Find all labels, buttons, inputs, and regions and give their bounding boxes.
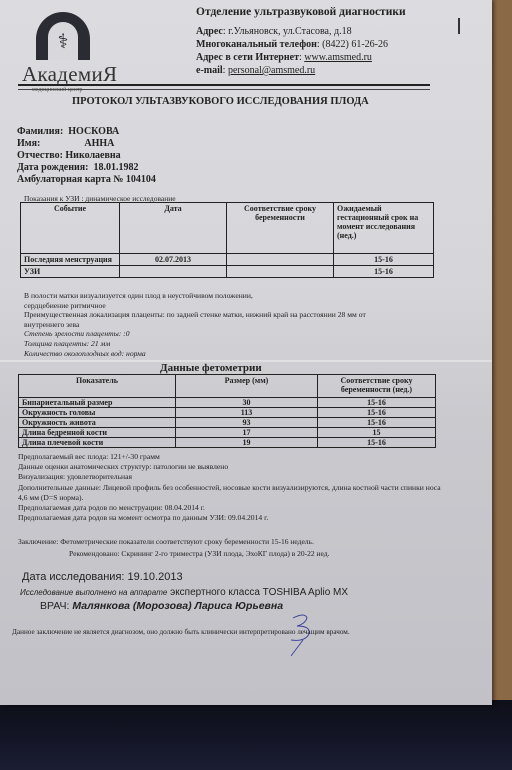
logo-subtitle: медицинский центр bbox=[32, 87, 83, 93]
email-line: e-mail: personal@amsmed.ru bbox=[196, 64, 406, 77]
doctor: ВРАЧ: Малянкова (Морозова) Лариса Юрьевн… bbox=[40, 600, 283, 612]
department-title: Отделение ультразвуковой диагностики bbox=[196, 6, 406, 19]
clinic-header: Отделение ультразвуковой диагностики Адр… bbox=[196, 6, 406, 77]
address-line: Адрес: г.Ульяновск, ул.Стасова, д.18 bbox=[196, 25, 406, 38]
table-row: УЗИ 15-16 bbox=[21, 266, 434, 278]
patient-patronymic: Николаевна bbox=[65, 150, 120, 161]
device-info: Исследование выполнено на аппарате экспе… bbox=[20, 587, 348, 598]
website-link[interactable]: www.amsmed.ru bbox=[304, 52, 372, 63]
events-table: Событие Дата Соответствие сроку беременн… bbox=[20, 202, 434, 278]
email-link[interactable]: personal@amsmed.ru bbox=[228, 65, 315, 76]
findings: В полости матки визуализуется один плод … bbox=[24, 291, 366, 358]
fetometry-table: Показатель Размер (мм) Соответствие срок… bbox=[18, 374, 436, 448]
patient-card: 104104 bbox=[126, 174, 156, 185]
phone-line: Многоканальный телефон: (8422) 61-26-26 bbox=[196, 38, 406, 51]
signature-icon bbox=[285, 610, 335, 660]
document-page: ⚕ АкадемиЯ медицинский центр Отделение у… bbox=[0, 0, 492, 705]
table-row: Окружность головы11315-16 bbox=[19, 408, 436, 418]
details: Предполагаемый вес плода: 121+/-30 грамм… bbox=[18, 452, 448, 523]
study-date: Дата исследования: 19.10.2013 bbox=[22, 571, 183, 583]
fetometry-title: Данные фетометрии bbox=[160, 362, 262, 374]
table-row: Окружность живота9315-16 bbox=[19, 418, 436, 428]
protocol-title: ПРОТОКОЛ УЛЬТАЗВУКОВОГО ИССЛЕДОВАНИЯ ПЛО… bbox=[72, 96, 369, 107]
conclusion: Заключение: Фетометрические показатели с… bbox=[18, 536, 329, 560]
table-row: Длина бедренной кости1715 bbox=[19, 428, 436, 438]
patient-info: Фамилия: НОСКОВА Имя:АННА Отчество: Нико… bbox=[17, 126, 156, 186]
bowl-of-hygieia-icon: ⚕ bbox=[48, 30, 78, 54]
patient-surname: НОСКОВА bbox=[68, 126, 119, 137]
header-rule-thin bbox=[18, 89, 430, 90]
patient-dob: 18.01.1982 bbox=[93, 162, 138, 173]
background-dark-area bbox=[0, 700, 512, 770]
table-row: Последняя менструация 02.07.2013 15-16 bbox=[21, 254, 434, 266]
web-line: Адрес в сети Интернет: www.amsmed.ru bbox=[196, 51, 406, 64]
recommendation: Рекомендовано: Скрининг 2-го триместра (… bbox=[18, 548, 329, 560]
patient-name: АННА bbox=[40, 138, 114, 149]
table-row: Бипариетальный размер3015-16 bbox=[19, 398, 436, 408]
pen-mark bbox=[458, 18, 460, 34]
header-rule bbox=[18, 84, 430, 86]
table-row: Длина плечевой кости1915-16 bbox=[19, 438, 436, 448]
clinic-logo: ⚕ АкадемиЯ медицинский центр bbox=[22, 12, 108, 94]
